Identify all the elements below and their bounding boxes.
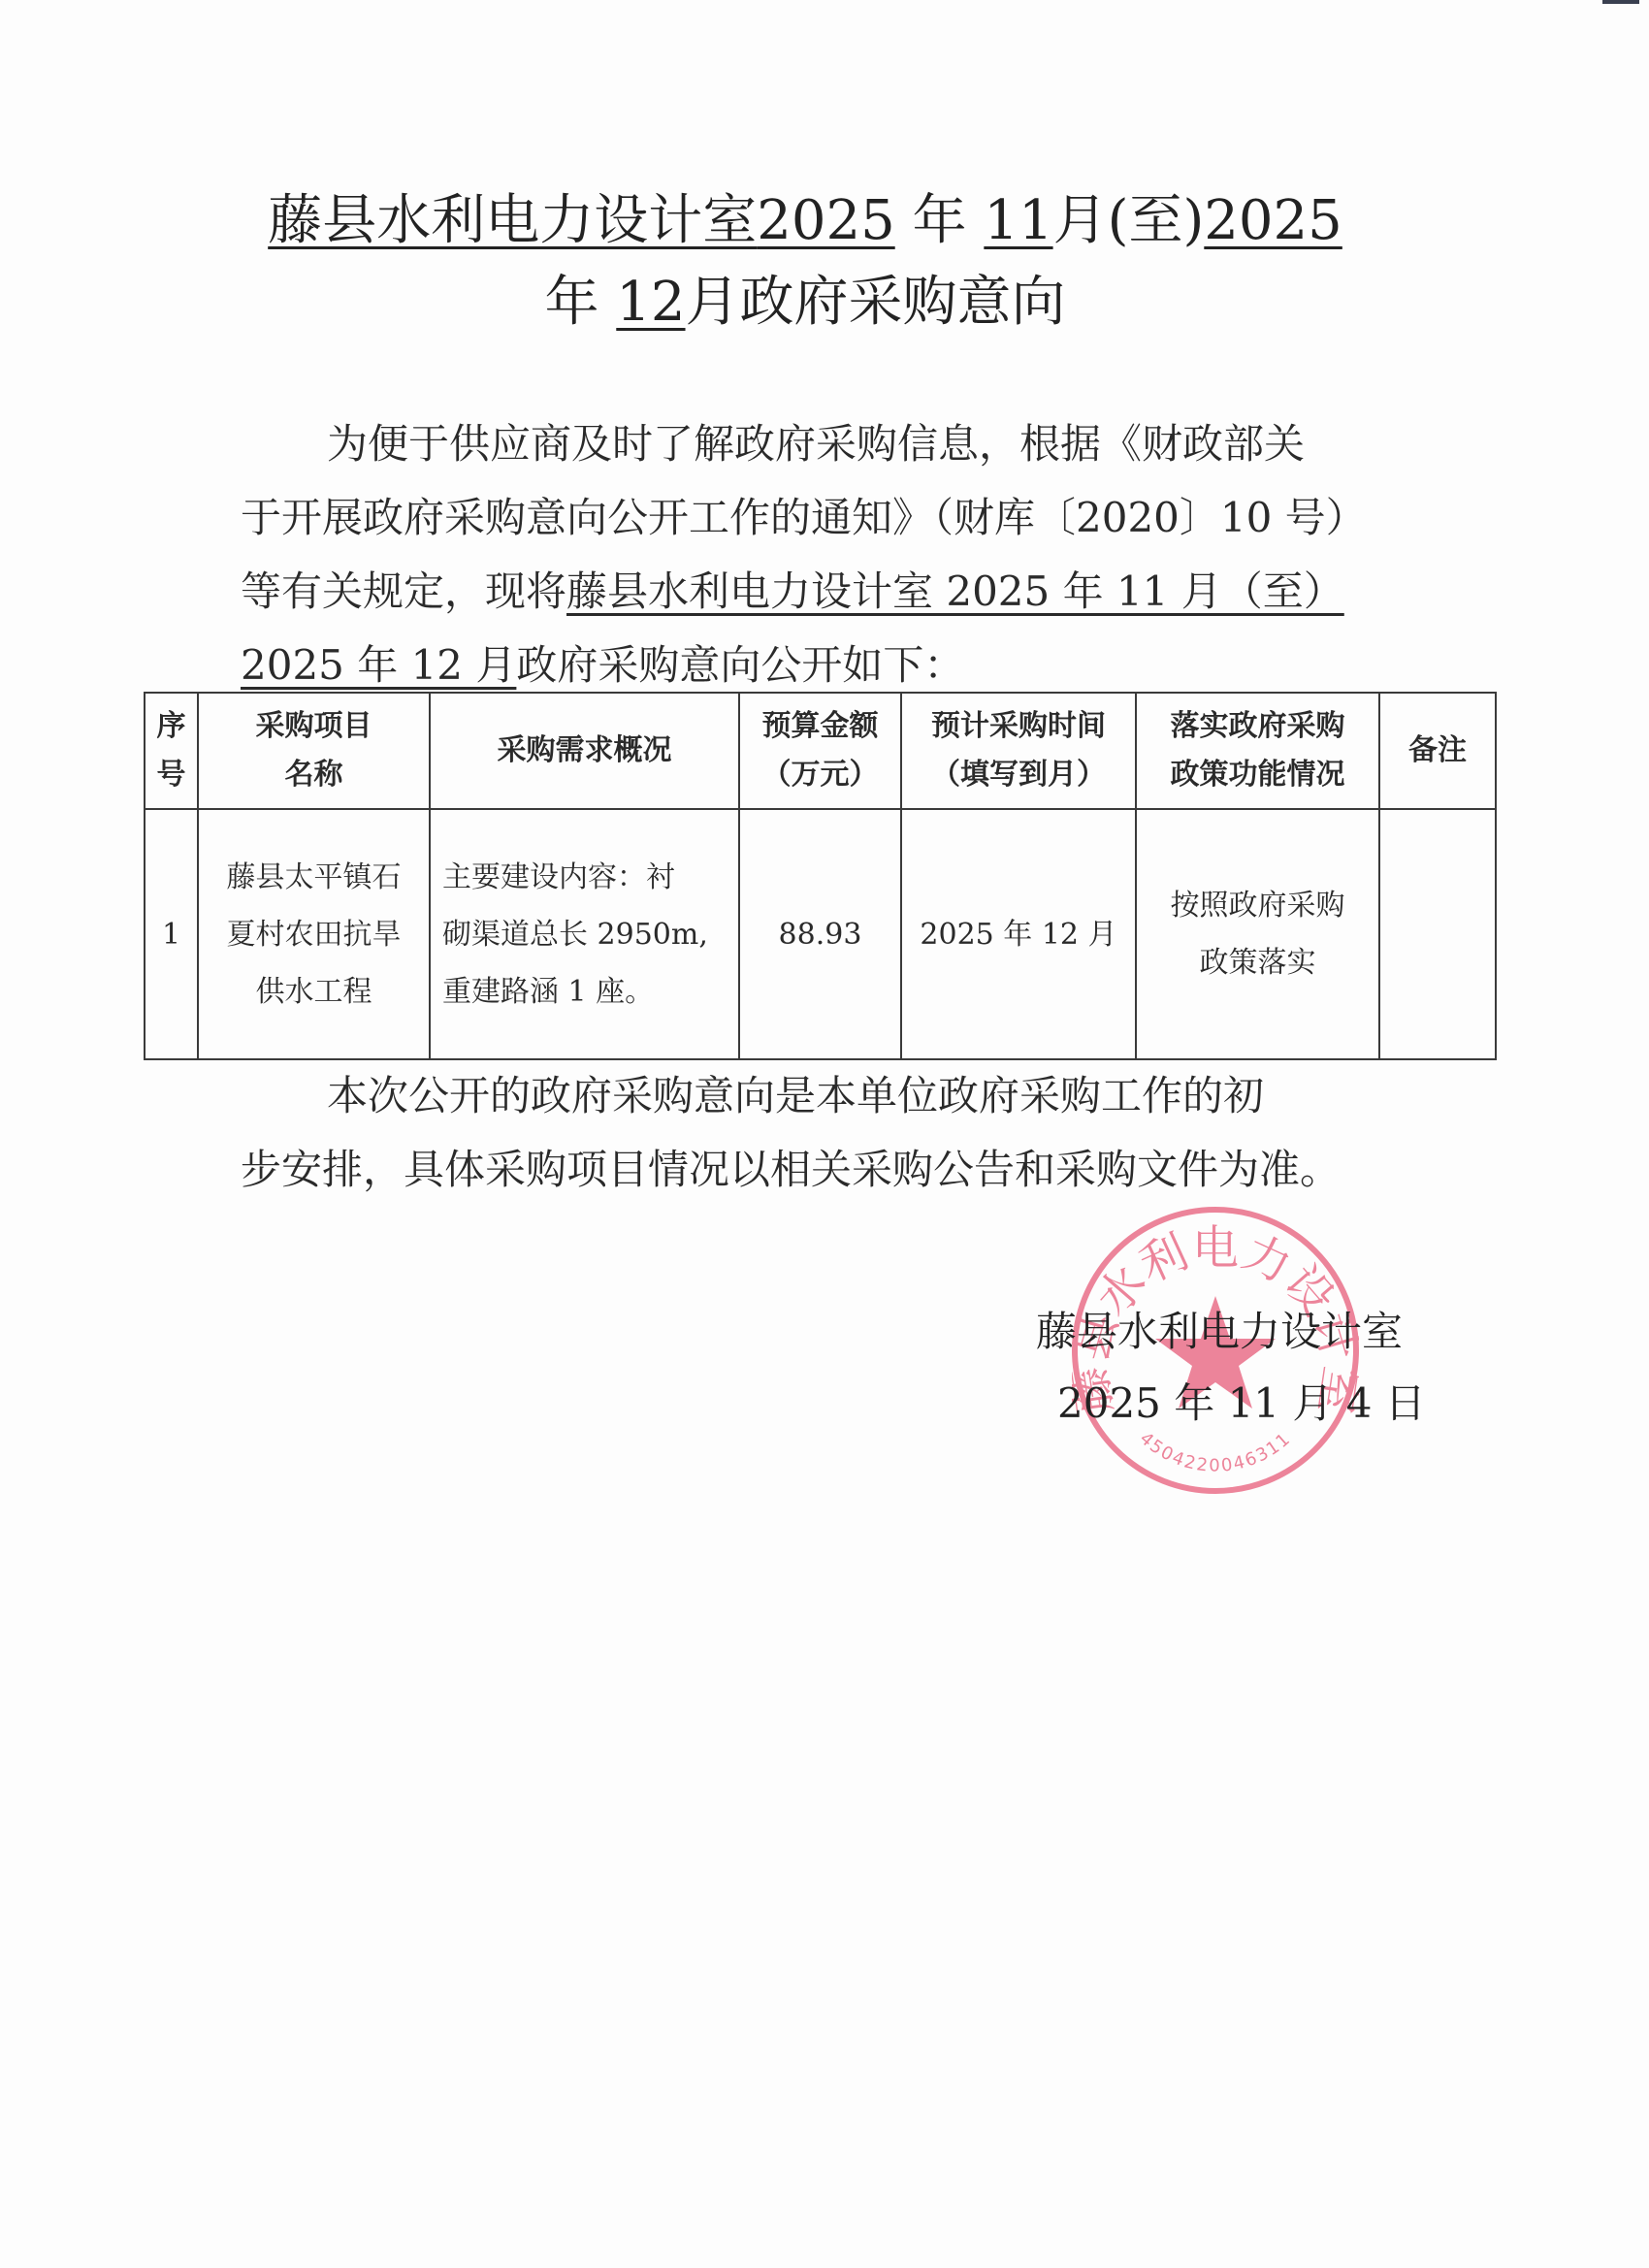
closing-line: 步安排，具体采购项目情况以相关采购公告和采购文件为准。 xyxy=(241,1133,1385,1207)
header-index: 序号 xyxy=(145,693,198,809)
document-title-line-2: 年 12月政府采购意向 xyxy=(194,264,1416,341)
cell-project-name: 藤县太平镇石夏村农田抗旱供水工程 xyxy=(198,809,430,1059)
title-nian-2: 年 xyxy=(544,271,598,334)
table-header-row: 序号 采购项目名称 采购需求概况 预算金额（万元） 预计采购时间（填写到月） 落… xyxy=(145,693,1496,809)
header-summary: 采购需求概况 xyxy=(430,693,739,809)
closing-paragraph: 本次公开的政府采购意向是本单位政府采购工作的初 步安排，具体采购项目情况以相关采… xyxy=(241,1059,1385,1207)
intro-line: 等有关规定，现将藤县水利电力设计室 2025 年 11 月（至） xyxy=(241,555,1385,629)
cell-index: 1 xyxy=(145,809,198,1059)
cell-budget: 88.93 xyxy=(739,809,901,1059)
scan-edge-mark xyxy=(1602,0,1639,4)
cell-remark xyxy=(1379,809,1496,1059)
intro-line: 为便于供应商及时了解政府采购信息，根据《财政部关 xyxy=(241,407,1385,481)
document-title-line-1: 藤县水利电力设计室2025 年 11月(至)2025 xyxy=(194,182,1416,260)
closing-line: 本次公开的政府采购意向是本单位政府采购工作的初 xyxy=(241,1059,1385,1133)
header-time: 预计采购时间（填写到月） xyxy=(901,693,1136,809)
header-policy: 落实政府采购政策功能情况 xyxy=(1136,693,1379,809)
cell-summary: 主要建设内容：衬砌渠道总长 2950m,重建路涵 1 座。 xyxy=(430,809,739,1059)
intro-plain: 政府采购意向公开如下： xyxy=(516,641,964,689)
title-year: 2025 xyxy=(757,189,895,252)
header-project-name: 采购项目名称 xyxy=(198,693,430,809)
title-year-2: 2025 xyxy=(1204,189,1342,252)
title-mid: 月(至) xyxy=(1053,189,1205,252)
svg-text:4504220046311: 4504220046311 xyxy=(1136,1428,1296,1475)
title-month-2: 12 xyxy=(616,271,685,334)
intro-paragraph: 为便于供应商及时了解政府采购信息，根据《财政部关 于开展政府采购意向公开工作的通… xyxy=(241,407,1385,702)
signature-date: 2025 年 11 月 4 日 xyxy=(1057,1372,1426,1430)
title-month: 11 xyxy=(984,189,1052,252)
intro-underlined: 藤县水利电力设计室 2025 年 11 月（至） xyxy=(566,567,1344,615)
header-remark: 备注 xyxy=(1379,693,1496,809)
table-row: 1 藤县太平镇石夏村农田抗旱供水工程 主要建设内容：衬砌渠道总长 2950m,重… xyxy=(145,809,1496,1059)
cell-policy: 按照政府采购政策落实 xyxy=(1136,809,1379,1059)
title-nian: 年 xyxy=(913,189,967,252)
signature-org: 藤县水利电力设计室 xyxy=(1036,1300,1403,1358)
title-rest: 月政府采购意向 xyxy=(686,271,1066,334)
intro-underlined: 2025 年 12 月 xyxy=(241,641,516,689)
intro-plain: 等有关规定，现将 xyxy=(241,567,566,615)
intro-line: 于开展政府采购意向公开工作的通知》（财库〔2020〕10 号） xyxy=(241,481,1385,555)
cell-time: 2025 年 12 月 xyxy=(901,809,1136,1059)
title-org: 藤县水利电力设计室 xyxy=(268,189,757,252)
procurement-table: 序号 采购项目名称 采购需求概况 预算金额（万元） 预计采购时间（填写到月） 落… xyxy=(144,692,1497,1060)
header-budget: 预算金额（万元） xyxy=(739,693,901,809)
